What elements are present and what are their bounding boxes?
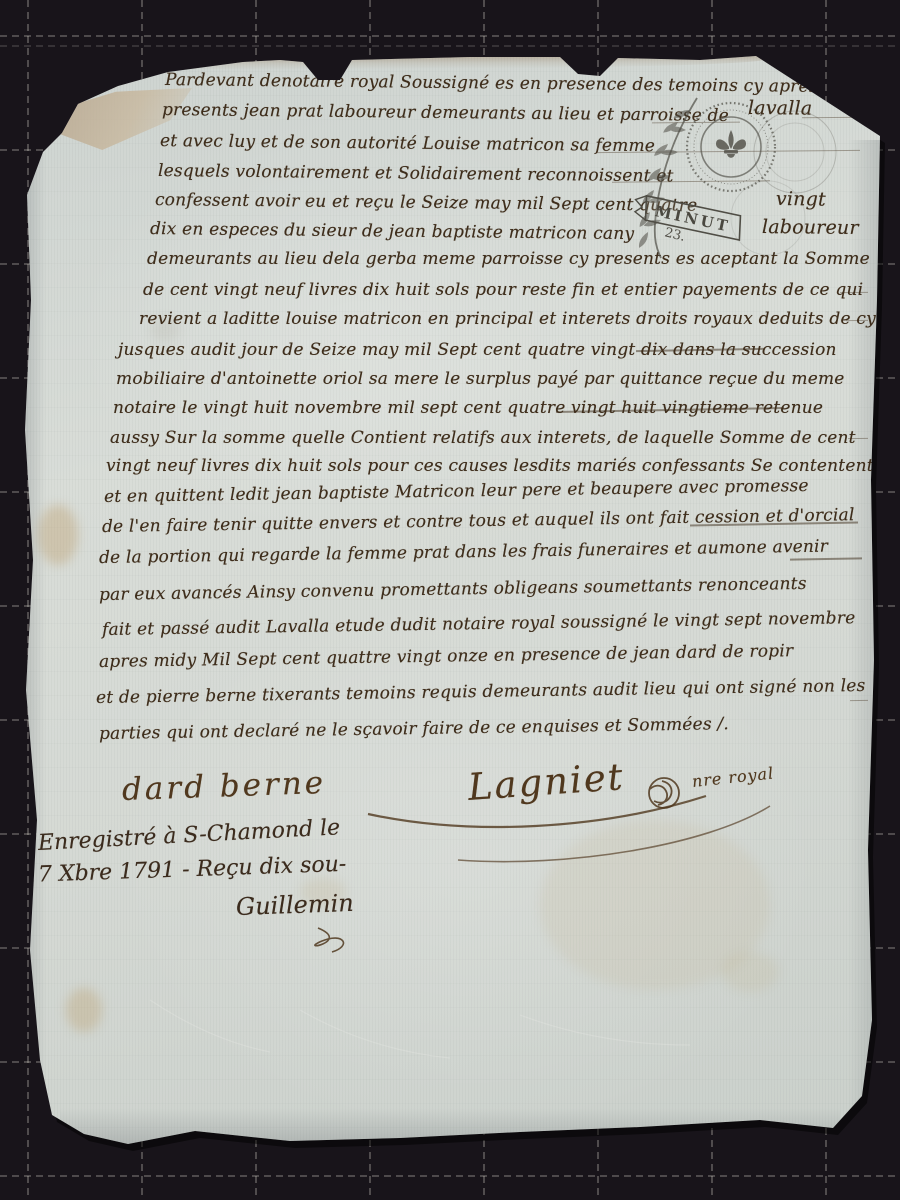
laurel-leaf <box>638 230 650 249</box>
manuscript-line: aussy Sur la somme quelle Contient relat… <box>110 428 856 448</box>
signature: Lagniet <box>467 755 626 809</box>
guillemin-flourish <box>315 928 344 952</box>
manuscript-line: parties qui ont declaré ne le sçavoir fa… <box>99 714 729 744</box>
manuscript-line: presents jean prat laboureur demeurants … <box>162 100 729 126</box>
stain <box>722 952 778 992</box>
manuscript-line: demeurants au lieu dela gerba meme parro… <box>147 249 870 269</box>
laurel-leaf <box>653 141 669 159</box>
manuscript-line: et avec luy et de son autorité Louise ma… <box>160 131 655 156</box>
ink-rule <box>848 438 868 439</box>
manuscript-line: confessent avoir eu et reçu le Seize may… <box>155 190 698 216</box>
manuscript-line: vingt neuf livres dix huit sols pour ces… <box>106 456 874 476</box>
notary-paraph <box>649 778 679 808</box>
ink-rule <box>612 180 770 182</box>
laurel-leaf <box>643 216 662 230</box>
registration-note: 17 Xbre 1791 - Reçu dix sou- <box>24 852 347 888</box>
manuscript-line: apres midy Mil Sept cent quattre vingt o… <box>99 641 794 672</box>
manuscript-fragment: vingt <box>776 188 826 211</box>
paper-creases <box>150 1000 690 1058</box>
manuscript-line: fait et passé audit Lavalla etude dudit … <box>102 608 856 640</box>
manuscript-line: revient a laditte louise matricon en pri… <box>139 309 900 329</box>
ink-rule <box>850 700 868 701</box>
ghost-stamp-circle <box>766 123 824 181</box>
manuscript-line: mobiliaire d'antoinette oriol sa mere le… <box>116 369 845 389</box>
manuscript-line: dix en especes du sieur de jean baptiste… <box>150 219 634 244</box>
signature: dard berne <box>121 765 326 808</box>
manuscript-line: lesquels volontairement et Solidairement… <box>158 161 674 186</box>
registration-note: Guillemin <box>236 889 355 921</box>
manuscript-line: de l'en faire tenir quitte envers et con… <box>102 505 855 537</box>
stamp-inner-ring <box>701 117 761 177</box>
stain <box>38 505 78 565</box>
stain <box>66 988 102 1032</box>
photo-scene: Pardevant denotaire royal Soussigné es e… <box>0 0 900 1200</box>
manuscript-line: de la portion qui regarde la femme prat … <box>99 537 828 568</box>
fleur-de-lis-icon <box>716 130 746 158</box>
registration-note: Enregistré à S-Chamond le <box>37 815 340 856</box>
manuscript-line: et en quittent ledit jean baptiste Matri… <box>104 476 809 507</box>
document-paper: Pardevant denotaire royal Soussigné es e… <box>0 0 900 1200</box>
manuscript-line: et de pierre berne tixerants temoins req… <box>96 676 866 708</box>
manuscript-line: par eux avancés Ainsy convenu promettant… <box>99 574 807 605</box>
laurel-leaf <box>668 126 686 133</box>
ink-rule <box>846 320 868 321</box>
manuscript-fragment: laboureur <box>762 216 859 239</box>
manuscript-line: de cent vingt neuf livres dix huit sols … <box>143 280 863 300</box>
signature: nre royal <box>691 763 775 791</box>
stamp-number: 23. <box>663 225 687 245</box>
